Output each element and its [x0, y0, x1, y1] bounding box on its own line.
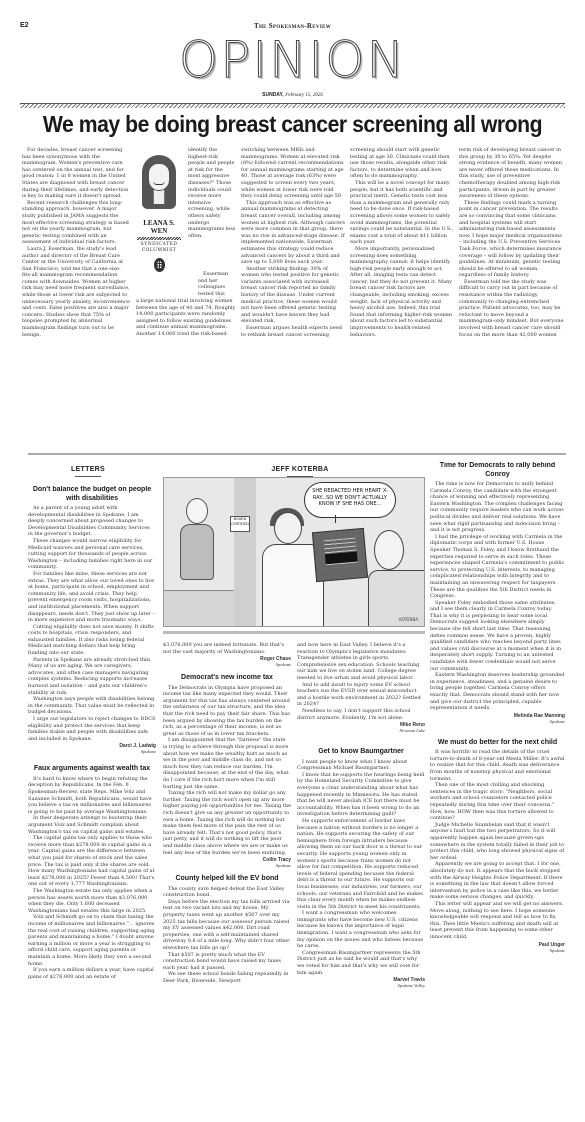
dateline: SUNDAY, February 15, 2026: [0, 92, 585, 98]
cartoon-patient: [178, 498, 218, 598]
letters-column-left: Don't balance the budget on people with …: [28, 486, 156, 1122]
letter-headline[interactable]: Faux arguments against wealth tax: [28, 765, 156, 774]
letters-column-middle-1: $3,076,000 you are indeed fortunate. But…: [163, 642, 291, 1122]
cartoon-man: [368, 530, 425, 627]
article-column-3: switching between MRIs and mammograms. W…: [241, 147, 345, 337]
masthead-divider: [20, 103, 565, 108]
columnist-block: LEANA S. WEN SYNDICATED COLUMNIST: [134, 155, 184, 272]
speech-bubble: SHE REDACTED HER HEART X-RAY...SO WE DON…: [304, 482, 396, 518]
letter-headline[interactable]: County helped kill the EV bond: [163, 875, 291, 884]
cartoon-label: JEFF KOTERBA: [250, 466, 350, 477]
cartoon-chart-sign: BOARD CERTIFIED: [230, 516, 250, 532]
letter-city: Spokane Valley: [297, 983, 425, 989]
article-column-5: term risk of developing breast cancer in…: [459, 147, 565, 337]
letter-headline[interactable]: Get to know Baumgartner: [297, 748, 425, 757]
columnist-portrait: [136, 155, 182, 217]
letters-label: LETTERS: [48, 466, 128, 477]
columnist-role: SYNDICATED COLUMNIST: [134, 242, 184, 254]
letter-headline[interactable]: We must do better for the next child: [430, 739, 565, 748]
cartoonist-signature: KOTERBA: [399, 617, 418, 622]
letters-column-right: Time for Democrats to rally behind Conro…: [430, 462, 565, 1122]
cartoon-xray: [312, 528, 368, 582]
letter-headline[interactable]: Time for Democrats to rally behind Conro…: [430, 462, 565, 479]
letter-headline[interactable]: Don't balance the budget on people with …: [28, 486, 156, 503]
article-column-1: For decades, breast cancer screening has…: [22, 147, 130, 337]
letters-column-middle-2: and now here in East Valley. I believe i…: [297, 642, 425, 1122]
syndicate-logo-icon: [154, 258, 165, 272]
article-column-2: a large national trial involving women b…: [136, 298, 236, 338]
dateline-day: SUNDAY,: [262, 92, 284, 98]
dateline-date: February 15, 2026: [285, 93, 323, 98]
columnist-name: LEANA S. WEN: [134, 219, 184, 235]
letter-city: Spokane: [430, 948, 565, 954]
columnist-divider: [137, 237, 181, 240]
editorial-cartoon[interactable]: BOARD CERTIFIED SHE REDACTED HER HEART X…: [163, 477, 425, 627]
cartoon-divider: [163, 631, 425, 634]
article-column-2-top: identify the highest-risk people and peo…: [188, 147, 236, 269]
letter-headline[interactable]: Democrat's new income tax: [163, 674, 291, 683]
section-divider-full: [28, 453, 566, 455]
section-title: OPINION: [0, 30, 585, 90]
article-column-4: screening should start with genetic test…: [350, 147, 454, 337]
article-column-2-side: Esserman and her colleagues tested this …: [198, 271, 236, 298]
newspaper-name: The Spokesman-Review: [0, 22, 585, 30]
main-headline[interactable]: We may be doing breast cancer screening …: [23, 111, 561, 138]
